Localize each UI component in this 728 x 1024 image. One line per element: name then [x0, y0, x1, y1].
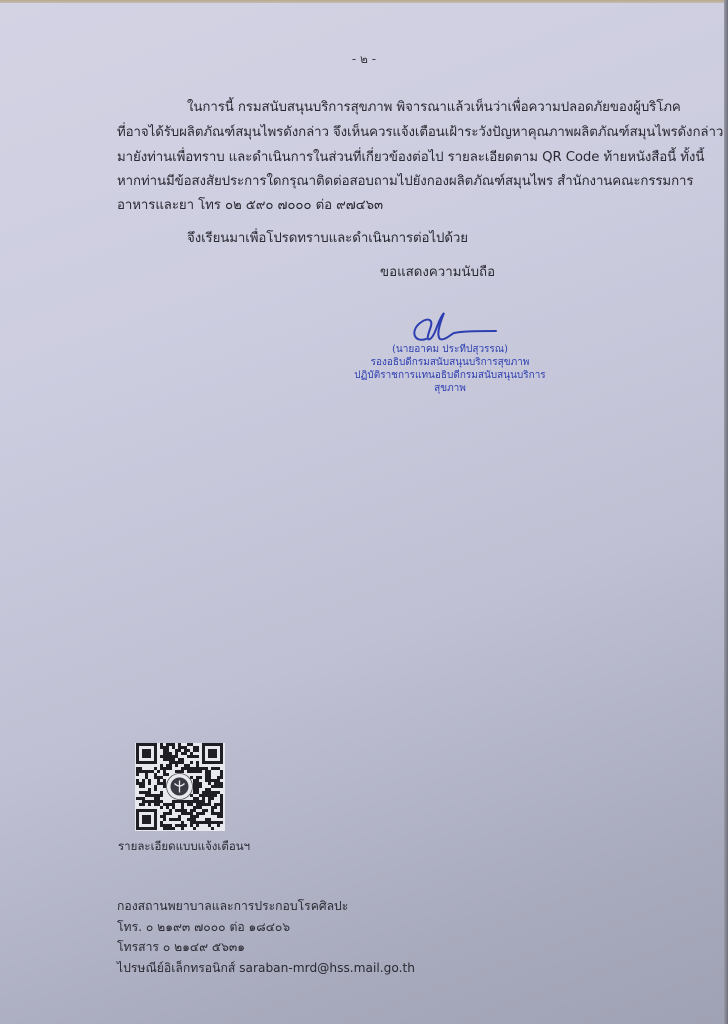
body-line: ที่อาจได้รับผลิตภัณฑ์สมุนไพรดังกล่าว จึง… — [117, 121, 723, 142]
closing-salutation: ขอแสดงความนับถือ — [380, 261, 495, 282]
signatory-position: รองอธิบดีกรมสนับสนุนบริการสุขภาพ — [340, 356, 560, 369]
signatory-acting-for: ปฏิบัติราชการแทนอธิบดีกรมสนับสนุนบริการส… — [340, 369, 560, 395]
signature-block: (นายอาคม ประทีปสุวรรณ) รองอธิบดีกรมสนับส… — [340, 343, 560, 395]
body-line: มายังท่านเพื่อทราบ และดำเนินการในส่วนที่… — [117, 146, 704, 167]
footer-contact: กองสถานพยาบาลและการประกอบโรคศิลปะ โทร. ๐… — [117, 896, 415, 978]
page-number: - ๒ - — [0, 50, 728, 69]
request-line: จึงเรียนมาเพื่อโปรดทราบและดำเนินการต่อไป… — [187, 227, 468, 248]
footer-phone: โทร. ๐ ๒๑๙๓ ๗๐๐๐ ต่อ ๑๘๔๐๖ — [117, 917, 415, 938]
footer-email: ไปรษณีย์อิเล็กทรอนิกส์ saraban-mrd@hss.m… — [117, 958, 415, 979]
footer-department: กองสถานพยาบาลและการประกอบโรคศิลปะ — [117, 896, 415, 917]
body-line: ในการนี้ กรมสนับสนุนบริการสุขภาพ พิจารณา… — [187, 96, 681, 117]
qr-caption: รายละเอียดแบบแจ้งเตือนฯ — [118, 838, 250, 856]
body-line: หากท่านมีข้อสงสัยประการใดกรุณาติดต่อสอบถ… — [117, 170, 693, 191]
body-line: อาหารและยา โทร ๐๒ ๕๙๐ ๗๐๐๐ ต่อ ๙๗๔๖๓ — [117, 194, 383, 215]
document-page: - ๒ - ในการนี้ กรมสนับสนุนบริการสุขภาพ พ… — [0, 3, 724, 1024]
footer-fax: โทรสาร ๐ ๒๑๔๙ ๕๖๓๑ — [117, 937, 415, 958]
qr-code-icon — [135, 743, 225, 831]
signatory-name: (นายอาคม ประทีปสุวรรณ) — [340, 343, 560, 356]
page-shadow-edge — [724, 0, 728, 1024]
